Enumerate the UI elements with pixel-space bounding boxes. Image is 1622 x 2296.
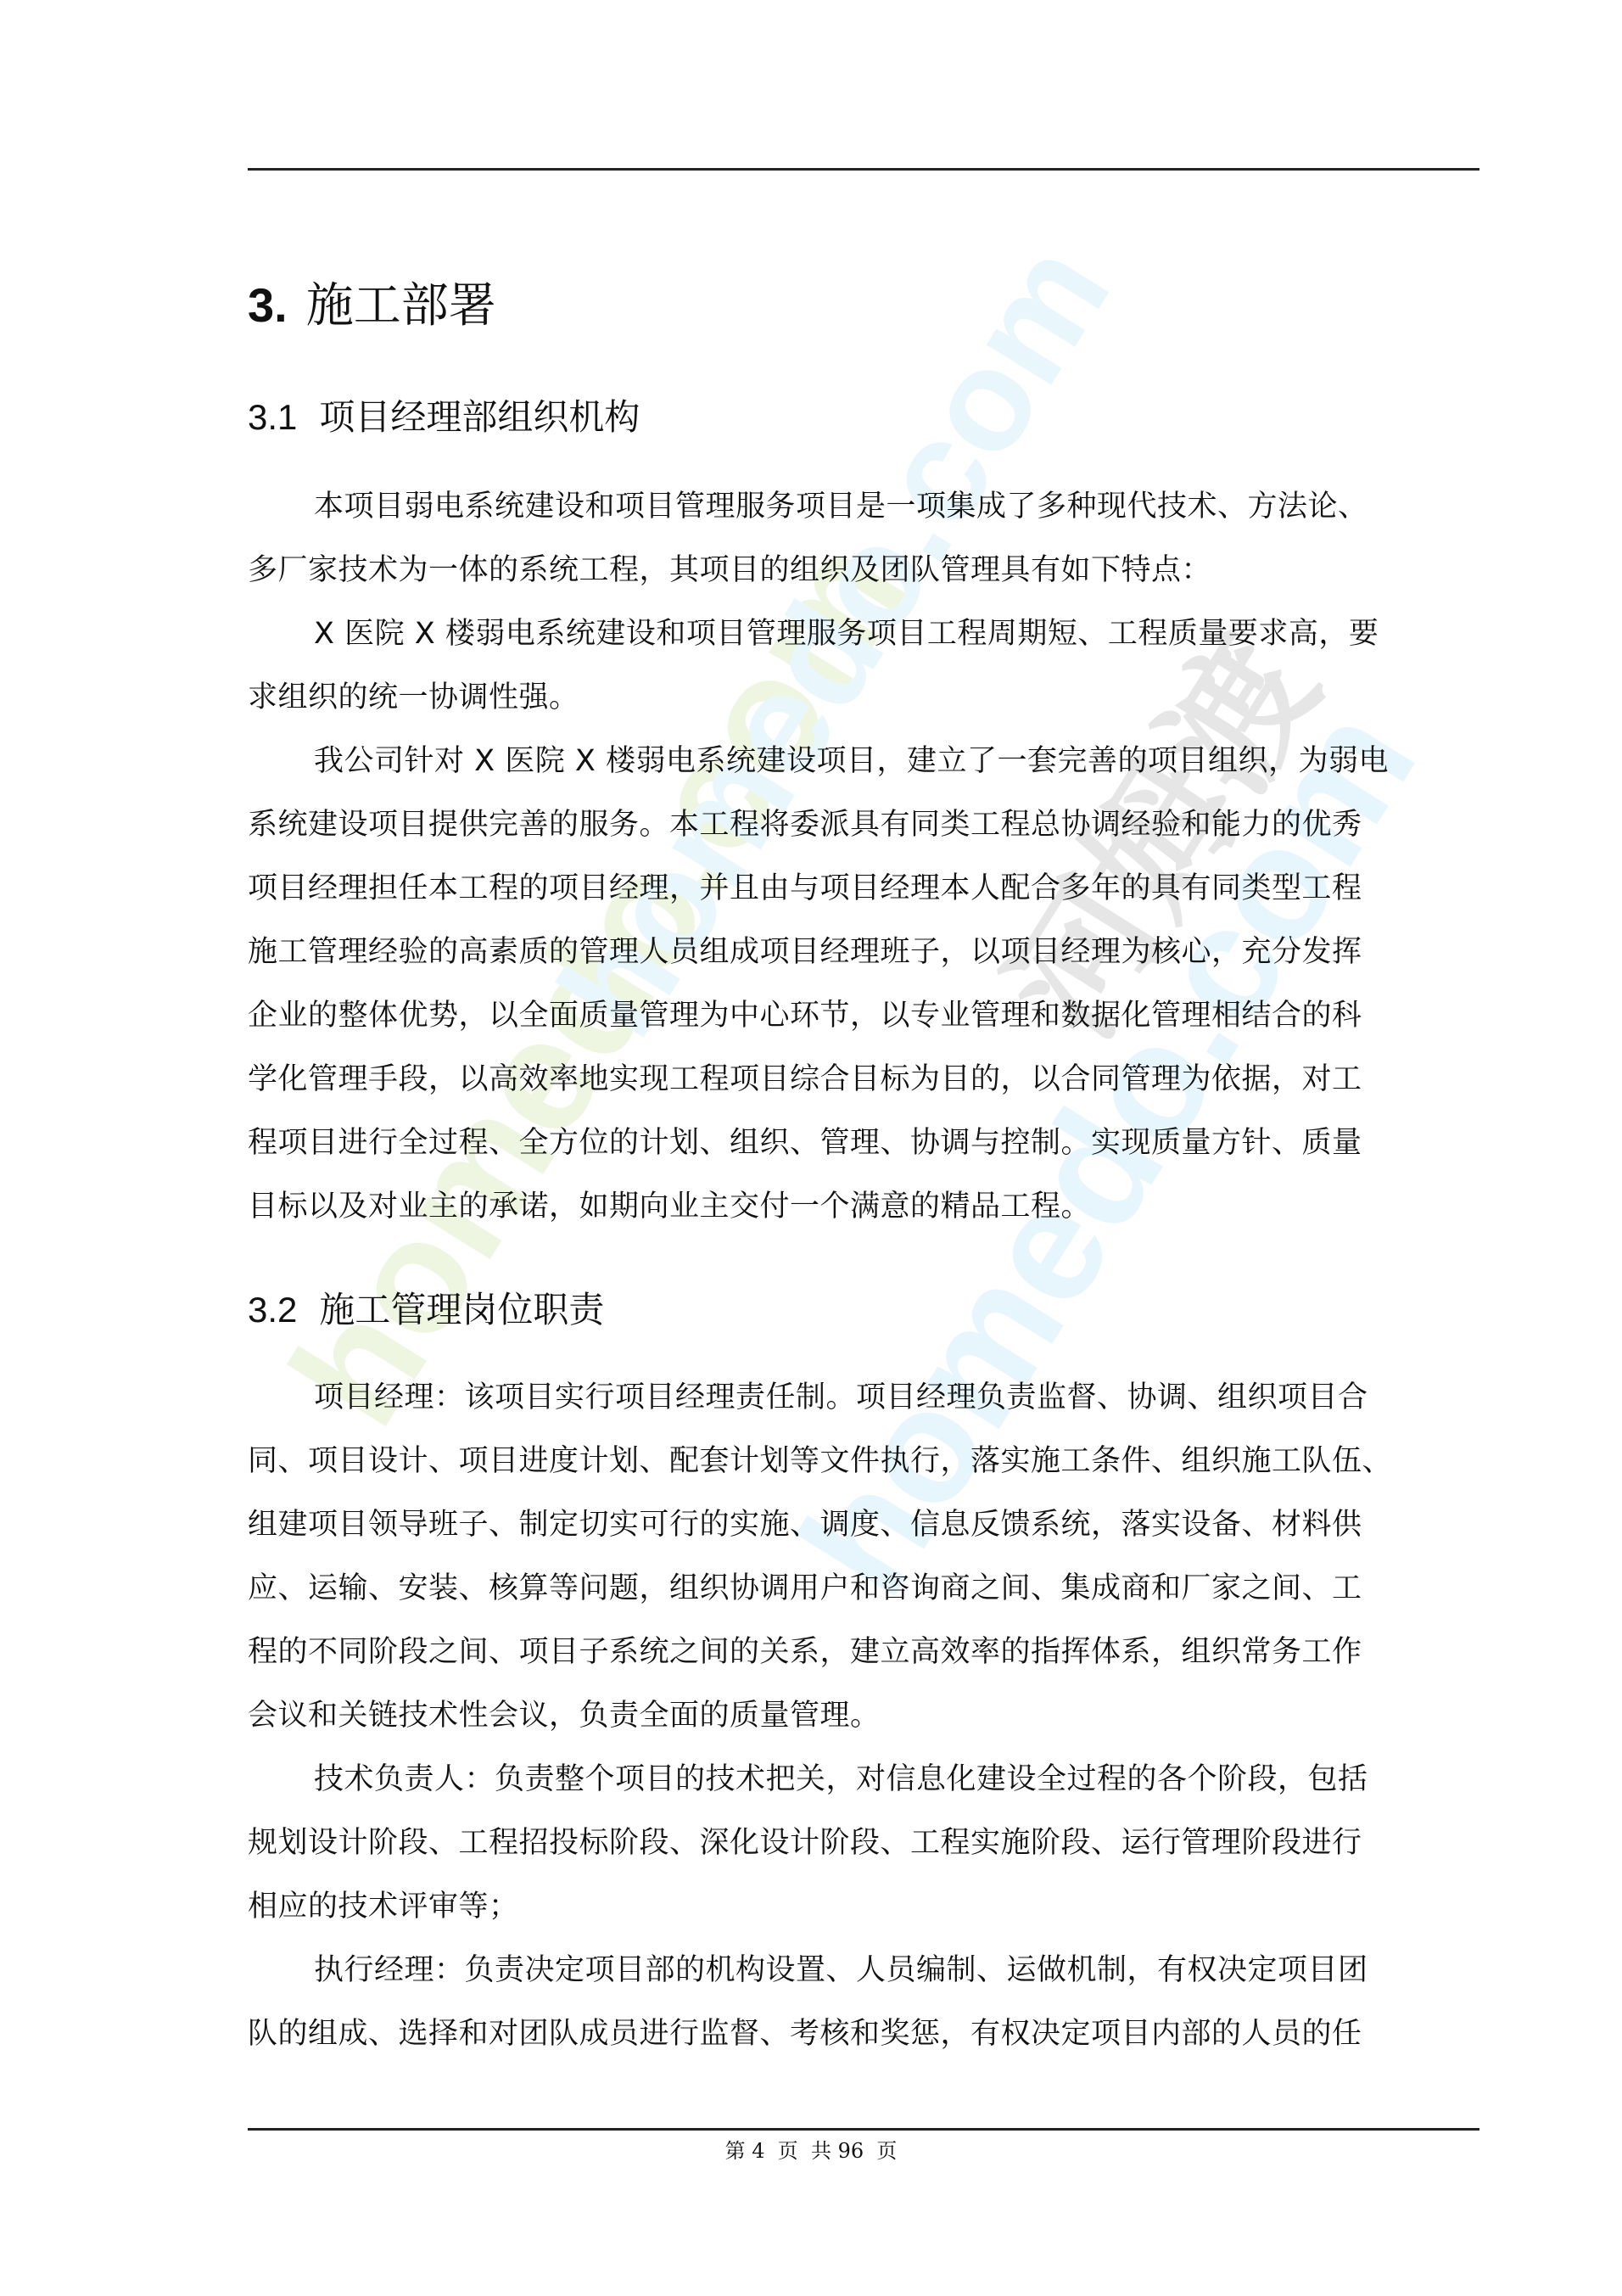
text-line: 同、项目设计、项目进度计划、配套计划等文件执行，落实施工条件、组织施工队伍、 <box>248 1430 1479 1493</box>
text-line: 程的不同阶段之间、项目子系统之间的关系，建立高效率的指挥体系，组织常务工作 <box>248 1621 1479 1684</box>
text-line: 多厂家技术为一体的系统工程，其项目的组织及团队管理具有如下特点： <box>248 539 1479 602</box>
paragraph-duties: 项目经理：该项目实行项目经理责任制。项目经理负责监督、协调、组织项目合 同、项目… <box>248 1366 1479 2066</box>
text-line: 技术负责人：负责整个项目的技术把关，对信息化建设全过程的各个阶段，包括 <box>248 1748 1479 1812</box>
text-line: 本项目弱电系统建设和项目管理服务项目是一项集成了多种现代技术、方法论、 <box>248 475 1479 539</box>
text-line: X 医院 X 楼弱电系统建设和项目管理服务项目工程周期短、工程质量要求高，要 <box>248 602 1479 666</box>
text-line: 目标以及对业主的承诺，如期向业主交付一个满意的精品工程。 <box>248 1175 1479 1239</box>
text-line: 我公司针对 X 医院 X 楼弱电系统建设项目，建立了一套完善的项目组织，为弱电 <box>248 730 1479 793</box>
page-number-footer: 第 4 页 共 96 页 <box>0 2134 1622 2164</box>
text-line: 会议和关链技术性会议，负责全面的质量管理。 <box>248 1684 1479 1748</box>
text-line: 企业的整体优势，以全面质量管理为中心环节，以专业管理和数据化管理相结合的科 <box>248 984 1479 1048</box>
text-line: 规划设计阶段、工程招投标阶段、深化设计阶段、工程实施阶段、运行管理阶段进行 <box>248 1812 1479 1875</box>
text-line: 系统建设项目提供完善的服务。本工程将委派具有同类工程总协调经验和能力的优秀 <box>248 793 1479 857</box>
section-heading-3-1: 3.1项目经理部组织机构 <box>248 392 640 443</box>
paragraph-intro: 本项目弱电系统建设和项目管理服务项目是一项集成了多种现代技术、方法论、 多厂家技… <box>248 475 1479 1239</box>
chapter-heading: 3.施工部署 <box>248 272 496 340</box>
text-line: 队的组成、选择和对团队成员进行监督、考核和奖惩，有权决定项目内部的人员的任 <box>248 2002 1479 2066</box>
text-line: 求组织的统一协调性强。 <box>248 666 1479 730</box>
section-number: 3.1 <box>248 397 297 437</box>
chapter-number: 3. <box>248 278 288 332</box>
text-line: 项目经理担任本工程的项目经理，并且由与项目经理本人配合多年的具有同类型工程 <box>248 857 1479 921</box>
text-line: 程项目进行全过程、全方位的计划、组织、管理、协调与控制。实现质量方针、质量 <box>248 1112 1479 1175</box>
section-heading-3-2: 3.2施工管理岗位职责 <box>248 1285 604 1336</box>
text-line: 组建项目领导班子、制定切实可行的实施、调度、信息反馈系统，落实设备、材料供 <box>248 1493 1479 1557</box>
text-line: 应、运输、安装、核算等问题，组织协调用户和咨询商之间、集成商和厂家之间、工 <box>248 1557 1479 1621</box>
section-title: 项目经理部组织机构 <box>319 396 640 438</box>
text-line: 相应的技术评审等； <box>248 1875 1479 1939</box>
text-line: 项目经理：该项目实行项目经理责任制。项目经理负责监督、协调、组织项目合 <box>248 1366 1479 1430</box>
header-rule <box>248 168 1479 171</box>
section-number: 3.2 <box>248 1290 297 1330</box>
text-line: 学化管理手段，以高效率地实现工程项目综合目标为目的，以合同管理为依据，对工 <box>248 1048 1479 1112</box>
footer-rule <box>248 2128 1479 2131</box>
section-title: 施工管理岗位职责 <box>319 1289 604 1330</box>
text-line: 施工管理经验的高素质的管理人员组成项目经理班子，以项目经理为核心，充分发挥 <box>248 921 1479 984</box>
chapter-title: 施工部署 <box>306 278 496 333</box>
text-line: 执行经理：负责决定项目部的机构设置、人员编制、运做机制，有权决定项目团 <box>248 1939 1479 2002</box>
